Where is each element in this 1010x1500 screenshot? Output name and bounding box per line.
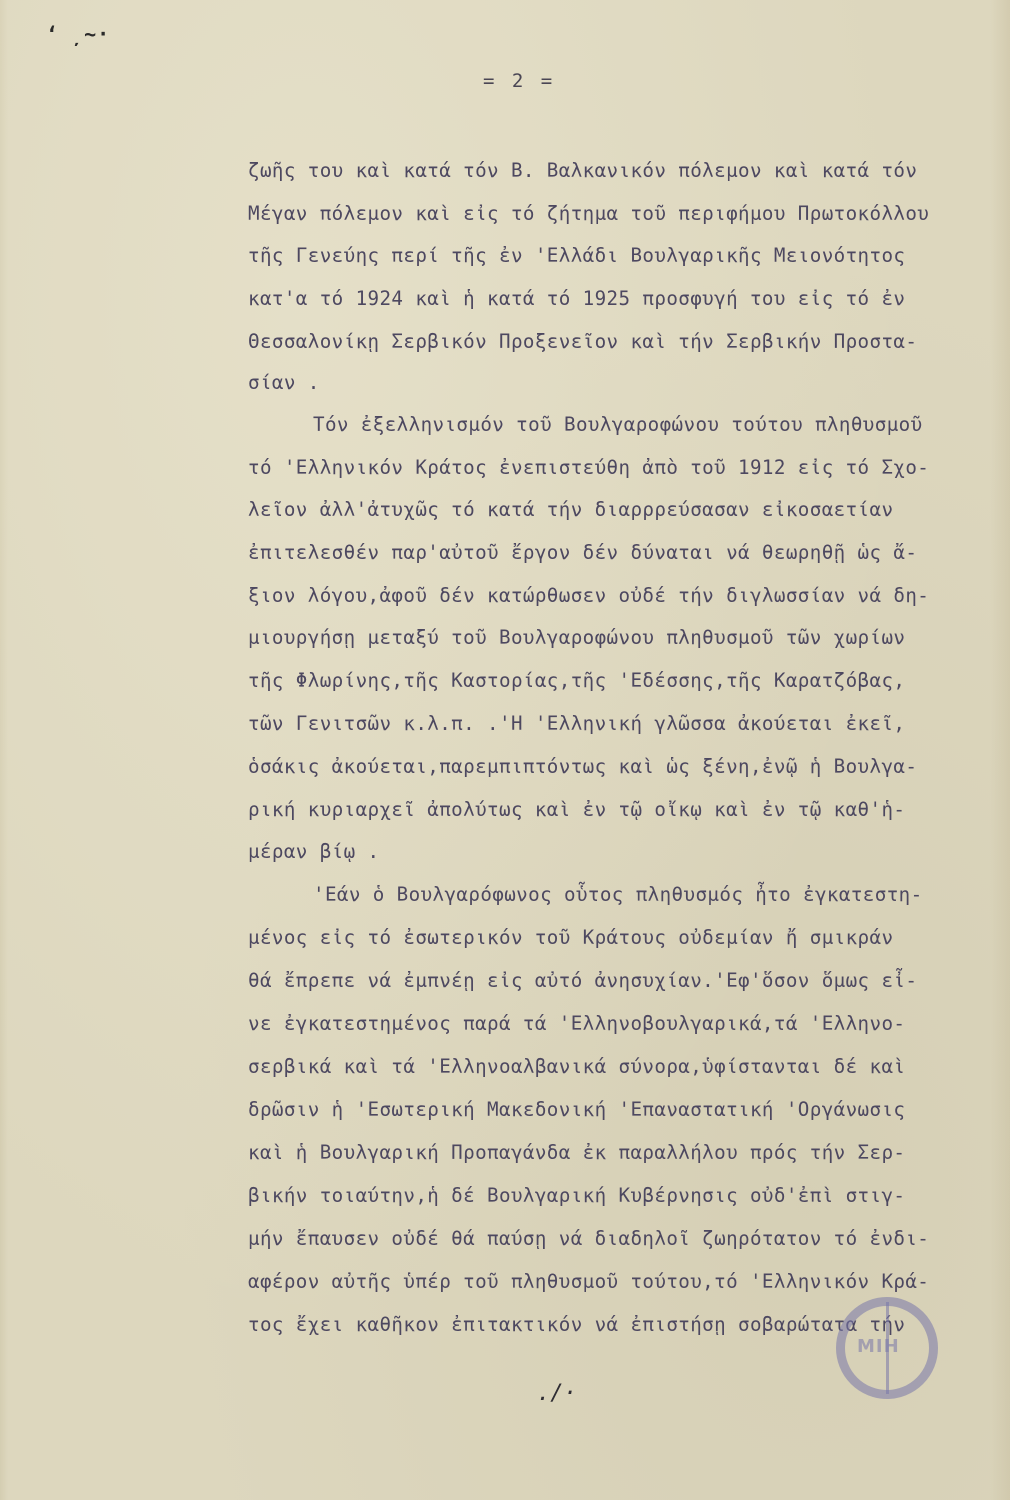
text-line: τῆς Φλωρίνης,τῆς Καστορίας,τῆς 'Εδέσσης,… <box>248 670 905 692</box>
text-line: Θεσσαλονίκῃ Σερβικόν Προξενεῖον καὶ τήν … <box>248 331 917 353</box>
text-line: λεῖον ἀλλ'ἀτυχῶς τό κατά τήν διαρρρεύσασ… <box>248 499 893 521</box>
text-line: ρική κυριαρχεῖ ἀπολύτως καὶ ἐν τῷ οἴκῳ κ… <box>248 799 905 821</box>
text-line: ζωῆς του καὶ κατά τόν Β. Βαλκανικόν πόλε… <box>248 160 917 182</box>
stamp-label: ΜΙΗ <box>857 1336 900 1357</box>
text-line: δρῶσιν ἡ 'Εσωτερική Μακεδονική 'Επαναστα… <box>248 1099 905 1121</box>
text-line: ὁσάκις ἀκούεται,παρεμπιπτόντως καὶ ὡς ξέ… <box>248 756 917 778</box>
text-line: μέραν βίῳ . <box>248 841 379 863</box>
text-line: τος ἔχει καθῆκον ἐπιτακτικόν νά ἐπιστήσῃ… <box>248 1314 905 1336</box>
text-line: νε ἐγκατεστημένος παρά τά 'Ελληνοβουλγαρ… <box>248 1013 905 1035</box>
corner-handwritten-mark: ‘ ̦~· <box>46 22 110 46</box>
text-line: βικήν τοιαύτην,ἡ δέ Βουλγαρική Κυβέρνησι… <box>248 1185 905 1207</box>
page-number: = 2 = <box>483 70 555 92</box>
text-line: μήν ἔπαυσεν οὐδέ θά παύσῃ νά διαδηλοῖ ζω… <box>248 1228 929 1250</box>
text-line: τῶν Γενιτσῶν κ.λ.π. .'Η 'Ελληνική γλῶσσα… <box>248 713 905 735</box>
text-line: τῆς Γενεύης περί τῆς ἐν 'Ελλάδι Βουλγαρι… <box>248 245 905 267</box>
paragraph-first-line: Τόν ἐξελληνισμόν τοῦ Βουλγαροφώνου τούτο… <box>313 414 923 436</box>
text-line: καὶ ἡ Βουλγαρική Προπαγάνδα ἐκ παραλλήλο… <box>248 1142 905 1164</box>
text-line: θά ἔπρεπε νά ἐμπνέῃ εἰς αὐτό ἀνησυχίαν.'… <box>248 970 917 992</box>
text-line: ξιον λόγου,ἀφοῦ δέν κατώρθωσεν οὐδέ τήν … <box>248 585 929 607</box>
text-line: σερβικά καὶ τά 'Ελληνοαλβανικά σύνορα,ὑφ… <box>248 1056 905 1078</box>
archive-stamp-icon: ΜΙΗ <box>836 1297 938 1399</box>
document-page: ‘ ̦~· = 2 = ζωῆς του καὶ κατά τόν Β. Βαλ… <box>0 0 1010 1500</box>
text-line: αφέρον αὐτῆς ὑπέρ τοῦ πληθυσμοῦ τούτου,τ… <box>248 1271 929 1293</box>
text-line: Μέγαν πόλεμον καὶ εἰς τό ζήτημα τοῦ περι… <box>248 203 929 225</box>
paragraph-first-line: 'Εάν ὁ Βουλγαρόφωνος οὗτος πληθυσμός ἦτο… <box>313 884 923 906</box>
text-line: ἐπιτελεσθέν παρ'αὐτοῦ ἔργον δέν δύναται … <box>248 542 917 564</box>
text-line: μένος εἰς τό ἐσωτερικόν τοῦ Κράτους οὐδε… <box>248 927 893 949</box>
text-line: τό 'Ελληνικόν Κράτος ἐνεπιστεύθη ἀπὸ τοῦ… <box>248 457 929 479</box>
continuation-mark: ./· <box>537 1381 577 1406</box>
text-line: σίαν . <box>248 372 320 394</box>
text-line: κατ'α τό 1924 καὶ ἡ κατά τό 1925 προσφυγ… <box>248 288 905 310</box>
text-line: μιουργήσῃ μεταξύ τοῦ Βουλγαροφώνου πληθυ… <box>248 627 905 649</box>
